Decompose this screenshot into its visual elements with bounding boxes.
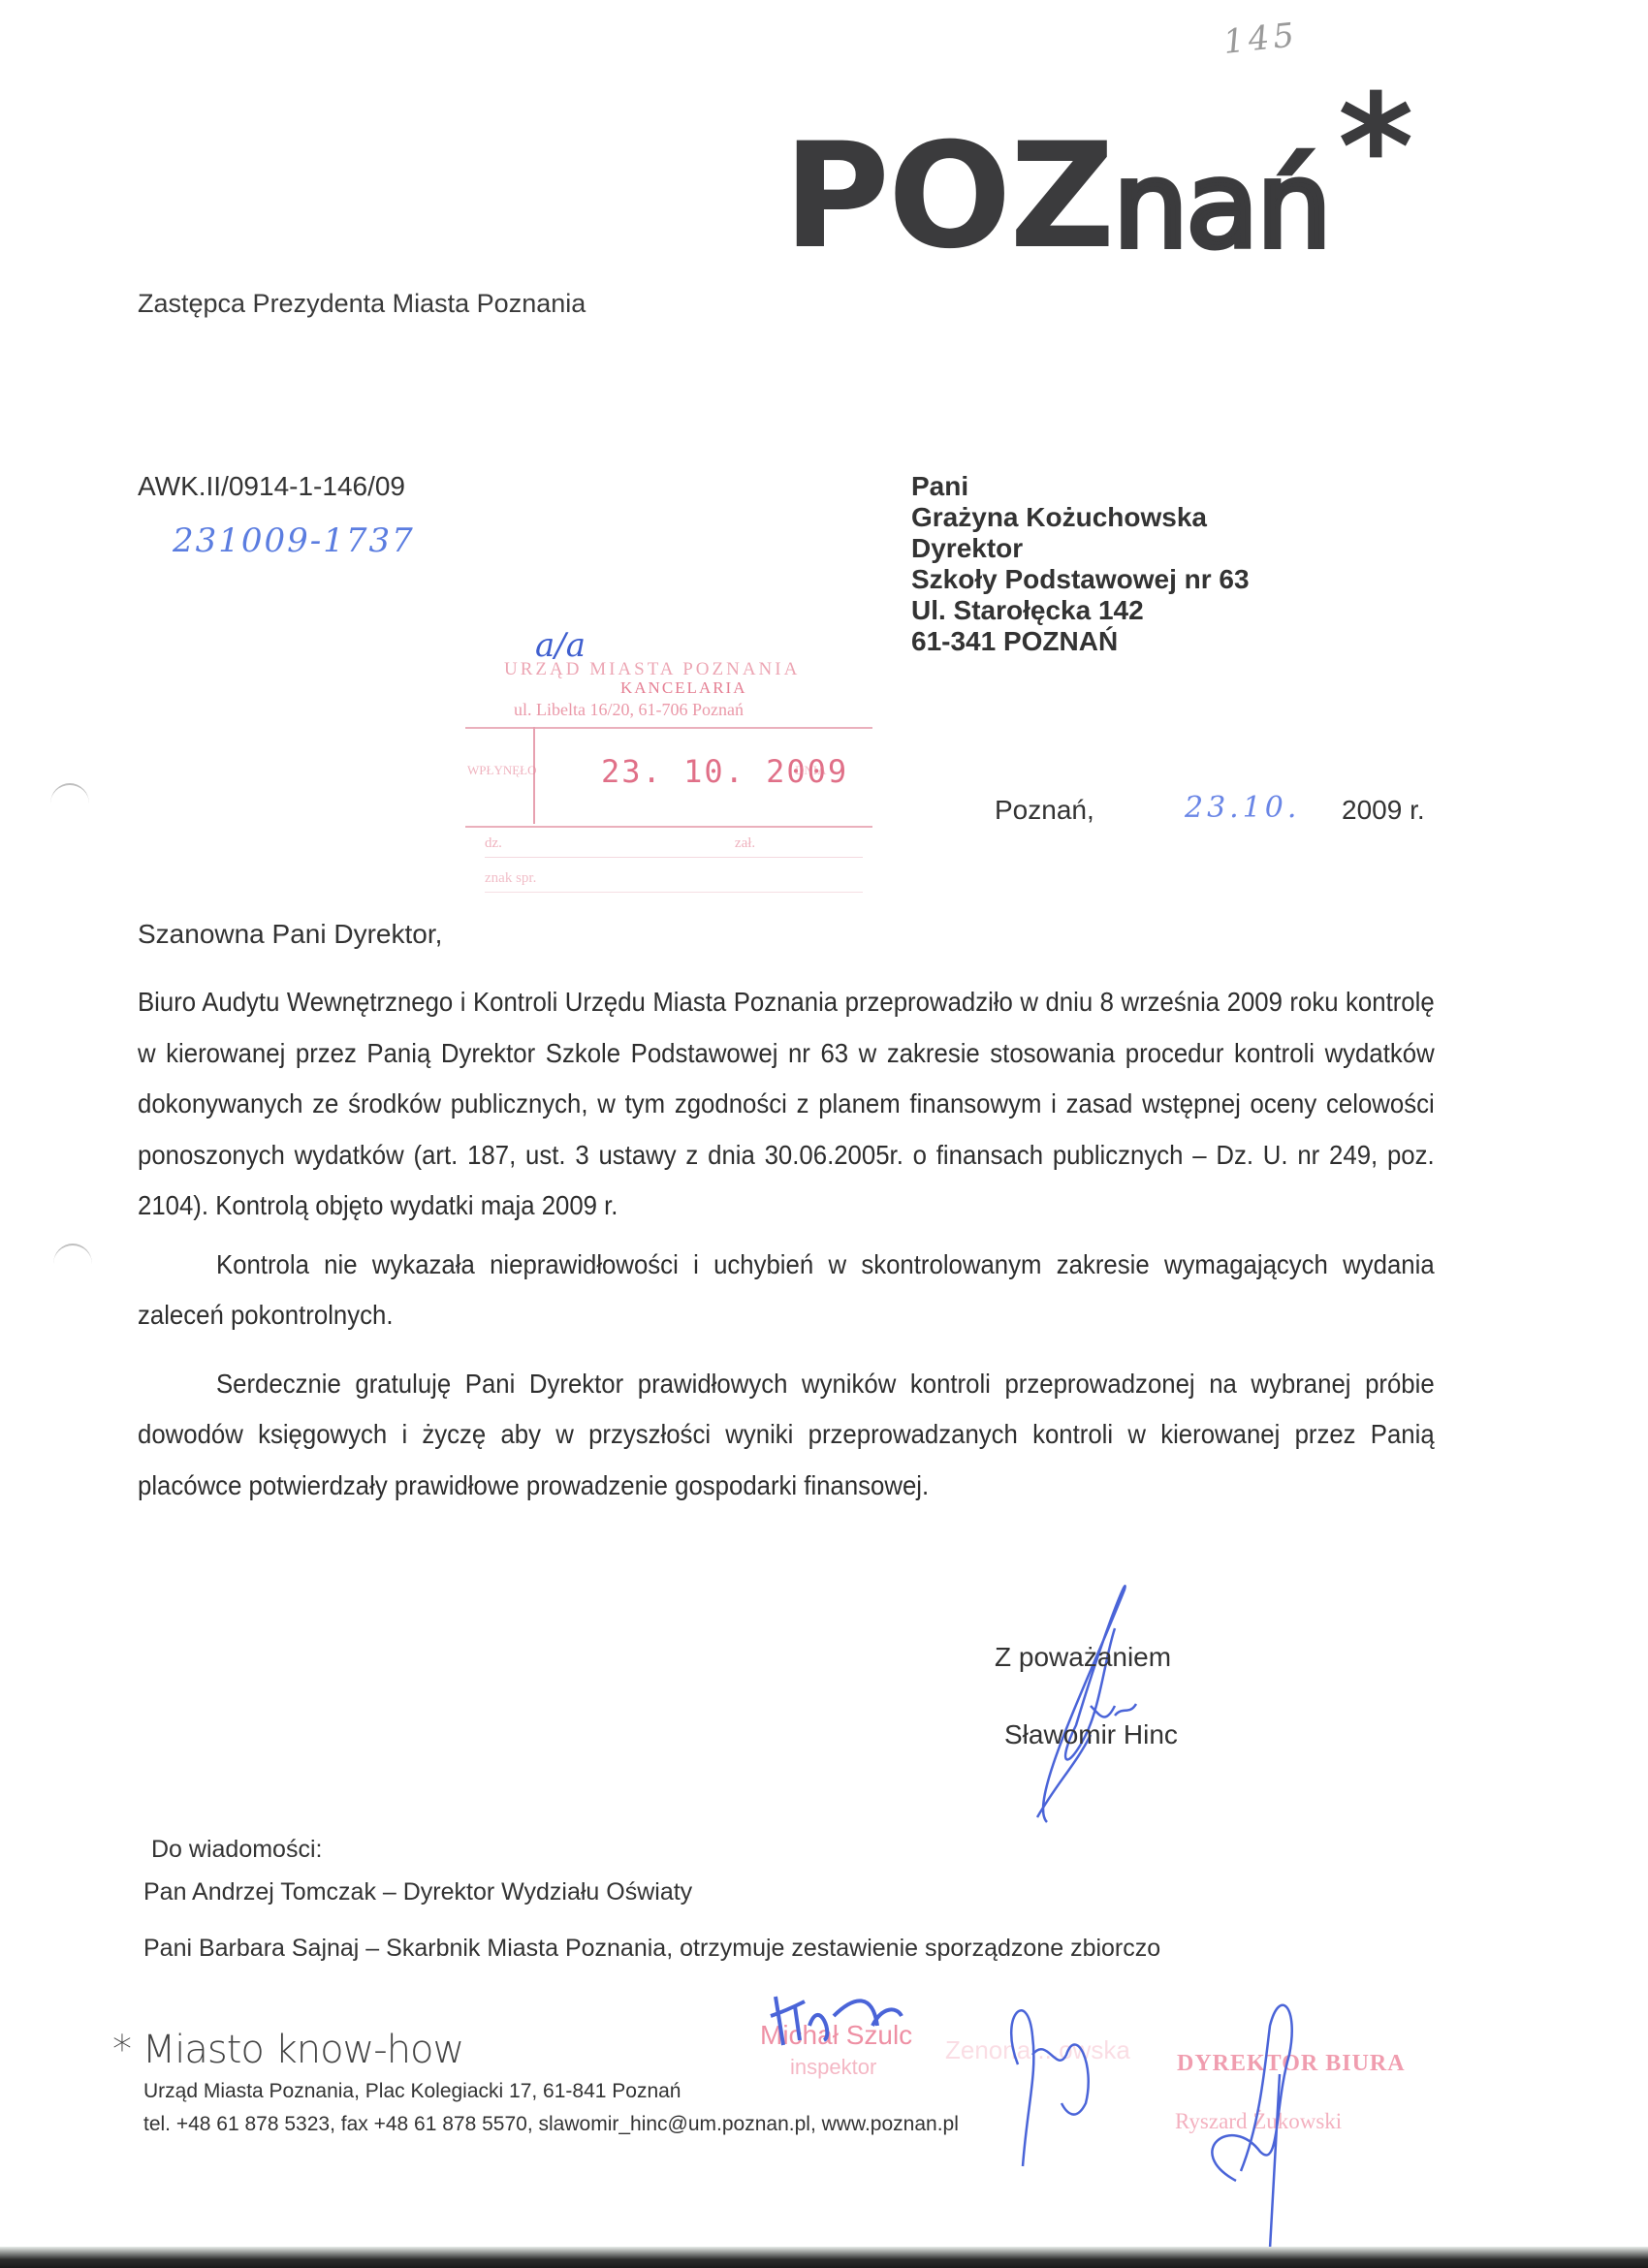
recipient-line: Pani [911, 471, 1250, 502]
recipient-address: Pani Grażyna Kożuchowska Dyrektor Szkoły… [911, 471, 1250, 657]
stamp-field-row: znak spr. [485, 870, 863, 893]
scan-bottom-edge [0, 2247, 1648, 2268]
stamp-left-label: WPŁYNĘŁO [467, 763, 537, 778]
signature-director [1183, 1987, 1318, 2268]
signer-name: Sławomir Hinc [1004, 1719, 1178, 1750]
stamp-right-label: DNIA [795, 763, 827, 778]
logo-lower: nań [1113, 137, 1329, 274]
logo-star-icon: * [1338, 76, 1413, 221]
body-paragraph: Biuro Audytu Wewnętrznego i Kontroli Urz… [138, 977, 1435, 1232]
footer-brand: * Miasto know-how [112, 2028, 463, 2072]
recipient-line: Szkoły Podstawowej nr 63 [911, 564, 1250, 595]
signature-hinc [1008, 1570, 1183, 1861]
cc-recipient: Pan Andrzej Tomczak – Dyrektor Wydziału … [143, 1878, 692, 1906]
receipt-stamp: a/a URZĄD MIASTA POZNANIA KANCELARIA ul.… [465, 642, 853, 894]
stamp-department: KANCELARIA [620, 678, 747, 698]
body-paragraph: Serdecznie gratuluję Pani Dyrektor prawi… [138, 1359, 1435, 1512]
reference-number: AWK.II/0914-1-146/09 [138, 471, 405, 502]
recipient-line: Grażyna Kożuchowska [911, 502, 1250, 533]
logo-caps: POZ [783, 112, 1113, 281]
letter-body: Biuro Audytu Wewnętrznego i Kontroli Urz… [138, 977, 1331, 1511]
stamp-inspector-title: inspektor [790, 2055, 876, 2080]
closing: Z poważaniem [995, 1642, 1171, 1673]
signature-middle [998, 1997, 1105, 2171]
signature-szulc [766, 1987, 921, 2055]
date-year: 2009 r. [1342, 795, 1425, 826]
handwritten-date: 23.10. [1185, 791, 1300, 825]
date-place: Poznań, [995, 795, 1094, 826]
punch-hole-mark [50, 783, 89, 824]
stamp-field-label: zał. [735, 835, 755, 851]
recipient-line: Dyrektor [911, 533, 1250, 564]
footer-contact: tel. +48 61 878 5323, fax +48 61 878 557… [143, 2113, 959, 2136]
cc-recipient: Pani Barbara Sajnaj – Skarbnik Miasta Po… [143, 1935, 1160, 1963]
footer-address: Urząd Miasta Poznania, Plac Kolegiacki 1… [143, 2080, 681, 2103]
cc-title: Do wiadomości: [151, 1836, 322, 1864]
recipient-line: 61-341 POZNAŃ [911, 626, 1250, 657]
stamp-address: ul. Libelta 16/20, 61-706 Poznań [514, 700, 744, 720]
recipient-line: Ul. Starołęcka 142 [911, 595, 1250, 626]
sender-title: Zastępca Prezydenta Miasta Poznania [138, 289, 586, 319]
stamp-office: URZĄD MIASTA POZNANIA [504, 659, 800, 680]
punch-hole-mark [53, 1244, 92, 1284]
handwritten-page-number: 145 [1221, 16, 1300, 62]
stamp-field-row: dz.zał. [485, 835, 863, 858]
poznan-logo: POZnań [783, 124, 1330, 269]
body-paragraph: Kontrola nie wykazała nieprawidłowości i… [138, 1240, 1435, 1341]
salutation: Szanowna Pani Dyrektor, [138, 919, 442, 950]
handwritten-registry-number: 231009-1737 [173, 521, 415, 560]
stamp-field-label: dz. [485, 835, 502, 851]
